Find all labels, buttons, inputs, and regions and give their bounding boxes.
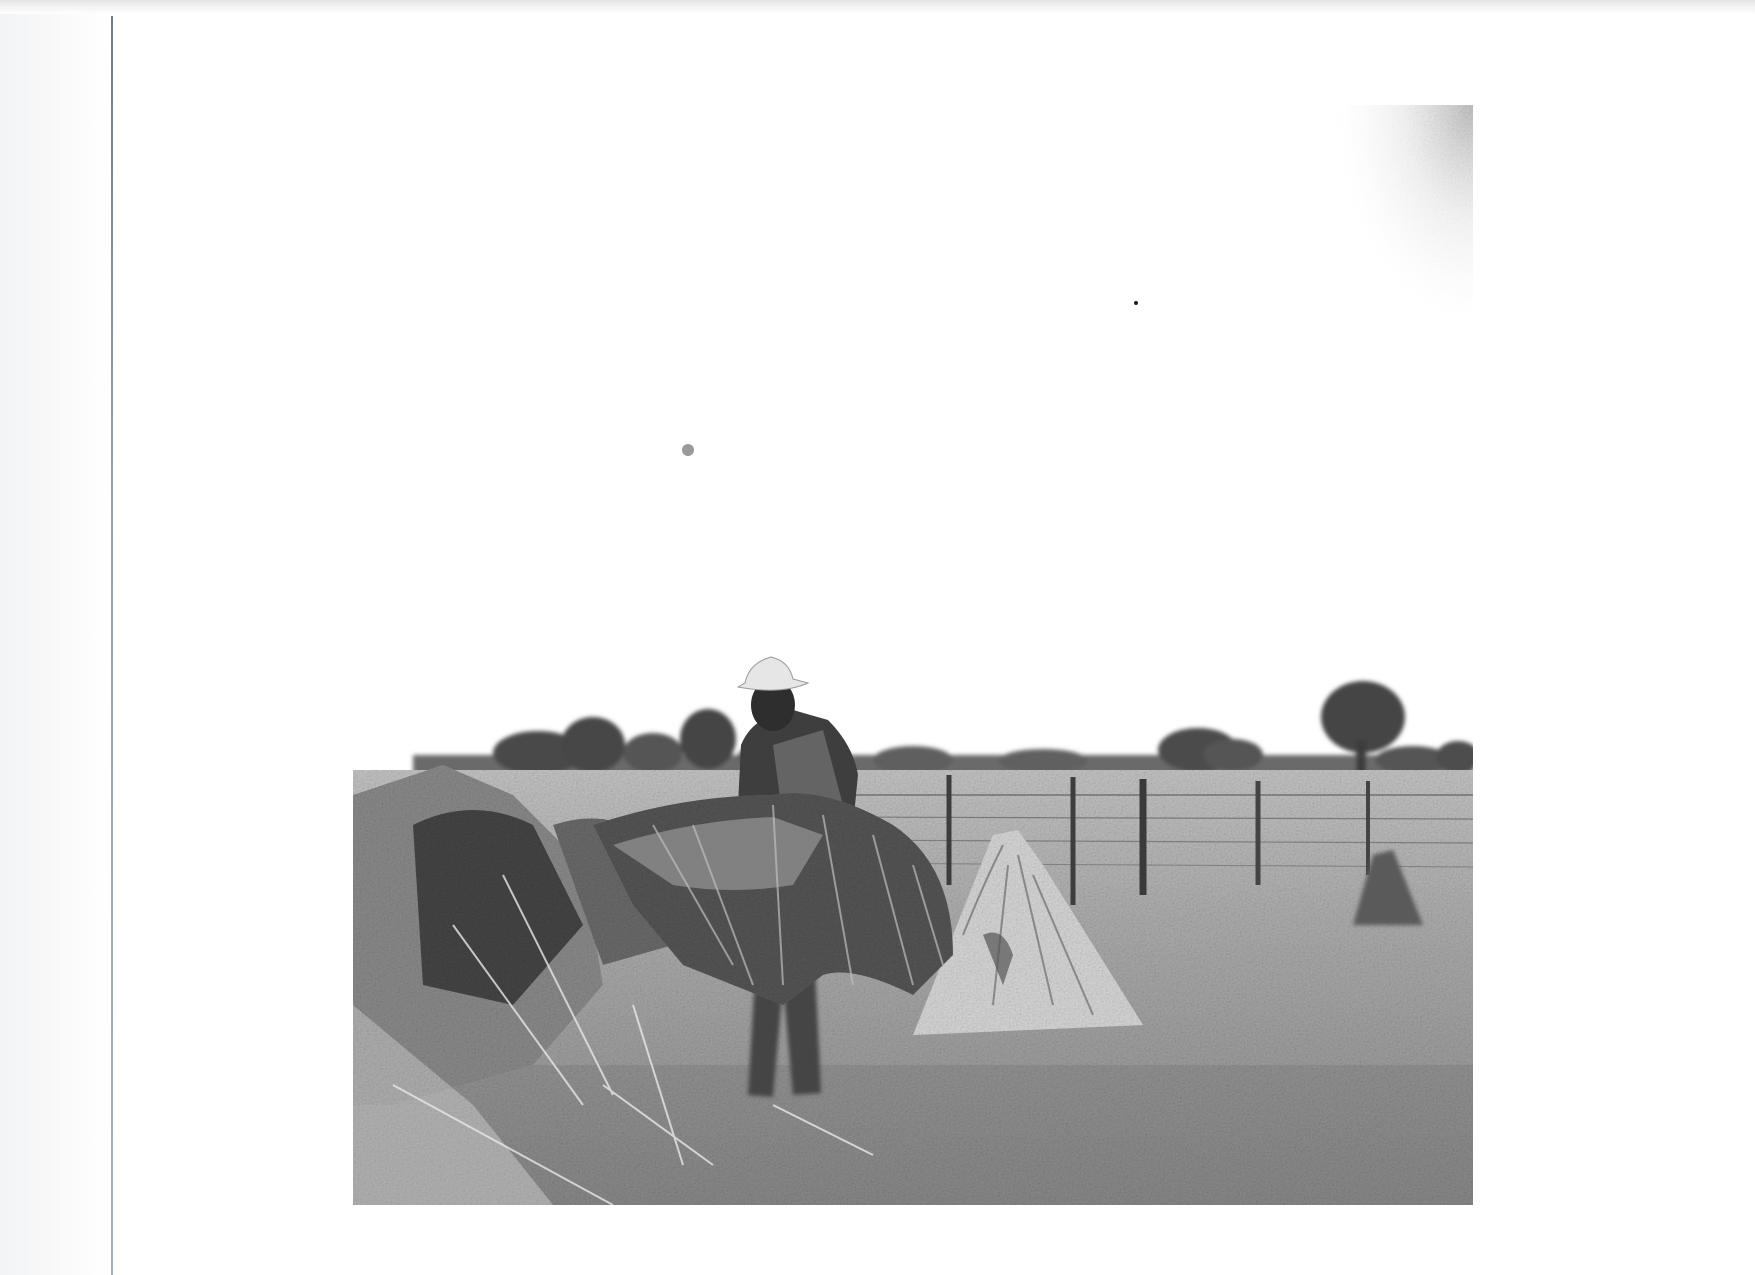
scan-top-edge	[0, 0, 1755, 14]
archival-photograph	[353, 105, 1473, 1205]
scanned-page	[0, 0, 1755, 1275]
sky	[353, 105, 1473, 770]
paper-edge-line	[111, 16, 113, 1275]
scan-dot	[1134, 301, 1138, 305]
scan-speckle	[1333, 105, 1473, 325]
photo-scene	[353, 105, 1473, 1205]
scan-left-margin	[0, 14, 112, 1275]
scan-speck	[682, 444, 694, 456]
